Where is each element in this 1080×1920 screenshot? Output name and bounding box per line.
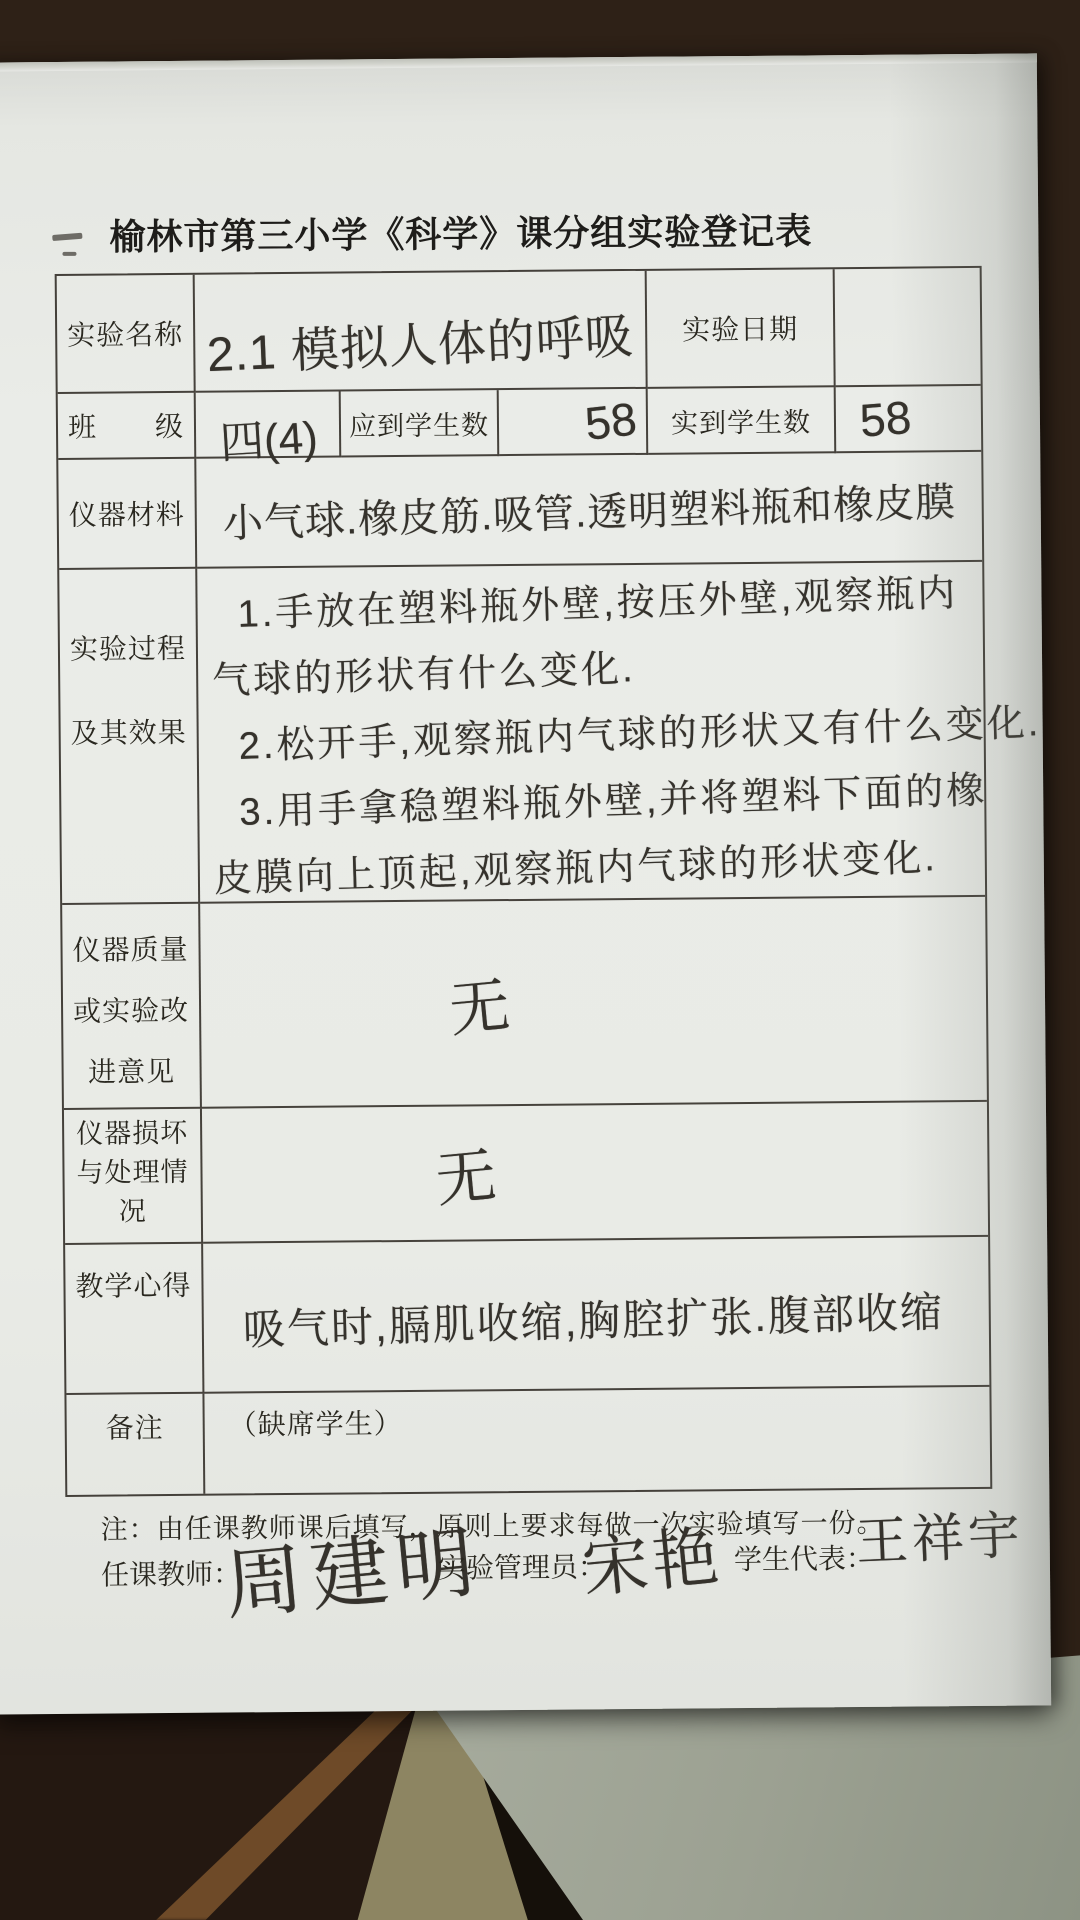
expected-students-label: 应到学生数 [341, 390, 500, 457]
damage-label-line2: 与处理情 [76, 1156, 188, 1190]
process-label-line1: 实验过程 [70, 633, 186, 668]
quality-value: 无 [445, 957, 513, 1048]
photo-scene: 榆林市第三小学《科学》课分组实验登记表 实验名称 2.1 模拟人体的呼吸 实验日… [0, 0, 1080, 1920]
experiment-date-cell [835, 268, 981, 387]
process-line-1: 1.手放在塑料瓶外壁,按压外壁,观察瓶内 [211, 561, 959, 649]
print-artifact-dash [52, 233, 82, 241]
class-label: 班 级 [58, 393, 197, 460]
actual-students-label: 实到学生数 [648, 387, 837, 455]
paper-form: 榆林市第三小学《科学》课分组实验登记表 实验名称 2.1 模拟人体的呼吸 实验日… [0, 53, 1051, 1714]
quality-label-line2: 或实验改 [73, 995, 189, 1029]
remark-cell: （缺席学生） [204, 1387, 990, 1494]
materials-value: 小气球.橡皮筋.吸管.透明塑料瓶和橡皮膜 [222, 470, 957, 549]
remark-label: 备注 [66, 1394, 205, 1495]
actual-students-cell: 58 [836, 386, 982, 453]
class-value: 四(4) [217, 401, 319, 471]
damage-label-line1: 仪器损坏 [76, 1117, 188, 1151]
process-label: 实验过程 及其效果 [59, 569, 200, 905]
process-label-line2: 及其效果 [71, 717, 187, 752]
damage-cell: 无 [202, 1102, 988, 1244]
process-line-2: 气球的形状有什么变化. [211, 636, 636, 715]
quality-label-line3: 进意见 [88, 1056, 175, 1090]
insight-value: 吸气时,膈肌收缩,胸腔扩张.腹部收缩 [242, 1279, 944, 1357]
class-cell: 四(4) [196, 392, 342, 459]
expected-students-cell: 58 [499, 389, 649, 456]
experiment-name-value: 2.1 模拟人体的呼吸 [206, 297, 636, 385]
expected-students-value: 58 [582, 391, 639, 450]
registration-table: 实验名称 2.1 模拟人体的呼吸 实验日期 班 级 四(4) 应到学生数 58 … [55, 266, 993, 1497]
damage-value: 无 [431, 1127, 499, 1218]
quality-label-line1: 仪器质量 [72, 934, 188, 968]
actual-students-value: 58 [858, 390, 913, 448]
quality-label: 仪器质量 或实验改 进意见 [62, 904, 202, 1110]
insight-label: 教学心得 [65, 1244, 204, 1395]
damage-label: 仪器损坏 与处理情 况 [64, 1109, 203, 1245]
student-label: 学生代表： [734, 1537, 874, 1578]
quality-cell: 无 [200, 897, 987, 1109]
print-artifact-dot [62, 252, 76, 256]
experiment-name-label: 实验名称 [57, 275, 196, 394]
insight-cell: 吸气时,膈肌收缩,胸腔扩张.腹部收缩 [203, 1237, 989, 1394]
process-cell: 1.手放在塑料瓶外壁,按压外壁,观察瓶内 气球的形状有什么变化. 2.松开手,观… [197, 562, 985, 904]
experiment-name-cell: 2.1 模拟人体的呼吸 [195, 271, 648, 393]
student-signature: 王祥宇 [854, 1493, 1025, 1575]
damage-label-line3: 况 [119, 1195, 147, 1228]
teacher-label: 任课教师： [101, 1552, 241, 1593]
materials-label: 仪器材料 [58, 459, 197, 570]
experiment-date-label: 实验日期 [647, 269, 836, 389]
form-title: 榆林市第三小学《科学》课分组实验登记表 [109, 202, 939, 260]
manager-signature: 宋艳 [578, 1502, 726, 1610]
materials-cell: 小气球.橡皮筋.吸管.透明塑料瓶和橡皮膜 [196, 452, 982, 569]
